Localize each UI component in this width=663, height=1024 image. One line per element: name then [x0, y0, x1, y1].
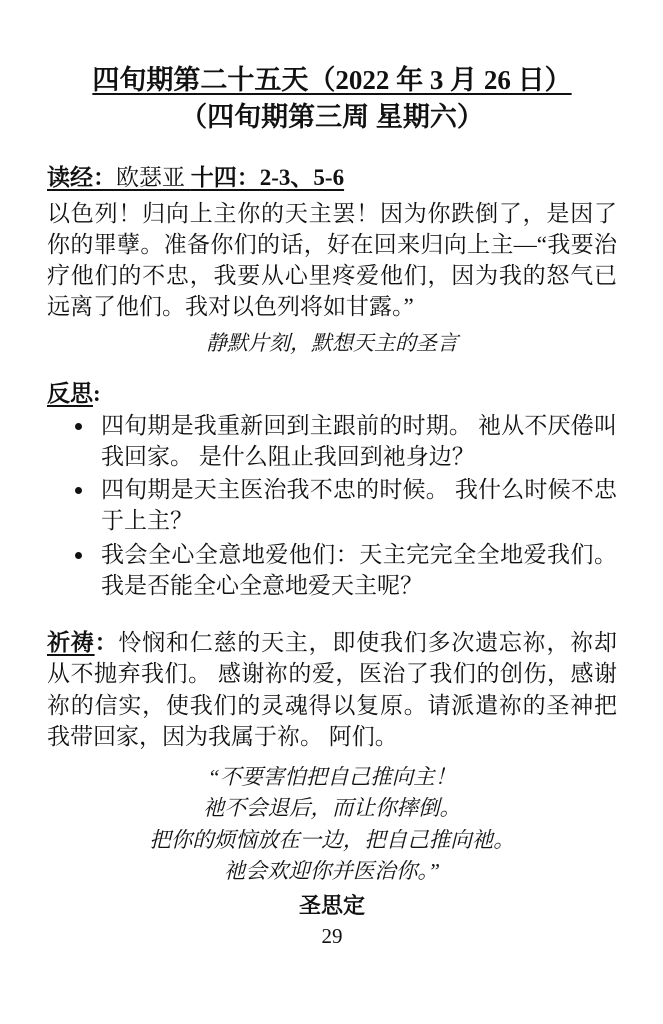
quote-attribution: 圣思定: [47, 889, 617, 920]
reading-verses: 十四：2-3、5-6: [191, 165, 344, 190]
title-line-1: 四旬期第二十五天（2022 年 3 月 26 日）: [92, 65, 571, 95]
quote-line: “不要害怕把自己推向主！: [47, 762, 617, 793]
reflection-list: 四旬期是我重新回到主跟前的时期。 祂从不厌倦叫我回家。 是什么阻止我回到祂身边？…: [47, 410, 617, 602]
prayer-colon: ：: [95, 630, 119, 655]
prayer-text: 怜悯和仁慈的天主，即使我们多次遗忘祢，祢却从不抛弃我们。 感谢祢的爱，医治了我们…: [47, 630, 617, 749]
reflection-colon: :: [93, 381, 101, 406]
quote-line: 祂会欢迎你并医治你。”: [47, 856, 617, 887]
prayer-label: 祈祷：: [47, 630, 118, 655]
reading-book: 欧瑟亚: [116, 165, 191, 190]
reflection-bullet: 我会全心全意地爱他们：天主完完全全地爱我们。 我是否能全心全意地爱天主呢？: [95, 539, 617, 602]
reflection-heading: 反思:: [47, 375, 617, 408]
silence-note: 静默片刻，默想天主的圣言: [47, 327, 617, 357]
page-number: 29: [47, 924, 617, 949]
reading-label: 读经：: [47, 165, 116, 190]
scripture-text: 以色列！归向上主你的天主罢！因为你跌倒了，是因了你的罪孽。准备你们的话，好在回来…: [47, 198, 617, 323]
reflection-label: 反思: [47, 381, 93, 406]
quote-line: 祂不会退后，而让你摔倒。: [47, 793, 617, 824]
reflection-bullet: 四旬期是天主医治我不忠的时候。 我什么时候不忠于上主？: [95, 474, 617, 537]
page-title: 四旬期第二十五天（2022 年 3 月 26 日） （四旬期第三周 星期六）: [47, 62, 617, 137]
devotional-page: 四旬期第二十五天（2022 年 3 月 26 日） （四旬期第三周 星期六） 读…: [0, 0, 663, 1024]
reflection-bullet: 四旬期是我重新回到主跟前的时期。 祂从不厌倦叫我回家。 是什么阻止我回到祂身边？: [95, 410, 617, 473]
prayer-paragraph: 祈祷：怜悯和仁慈的天主，即使我们多次遗忘祢，祢却从不抛弃我们。 感谢祢的爱，医治…: [47, 627, 617, 752]
closing-quote: “不要害怕把自己推向主！ 祂不会退后，而让你摔倒。 把你的烦恼放在一边，把自己推…: [47, 762, 617, 887]
title-line-2: （四旬期第三周 星期六）: [180, 102, 484, 132]
reading-reference: 读经：欧瑟亚 十四：2-3、5-6: [47, 159, 617, 192]
quote-line: 把你的烦恼放在一边，把自己推向祂。: [47, 825, 617, 856]
